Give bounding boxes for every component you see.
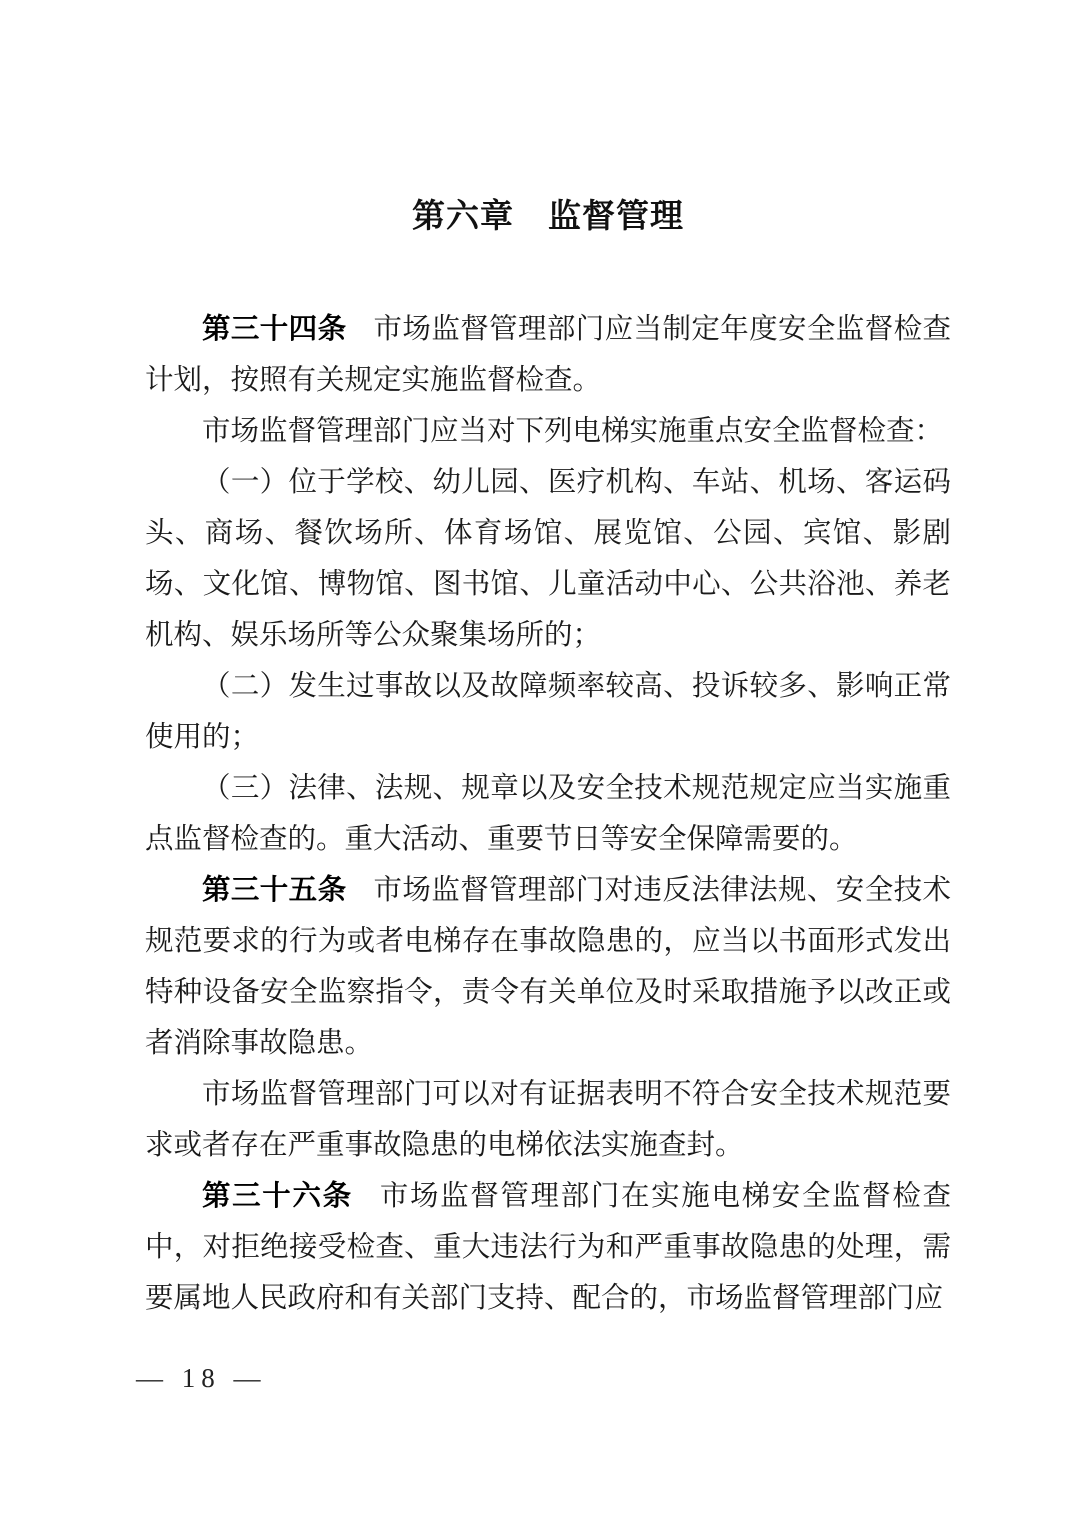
paragraph-article-34: 第三十四条市场监督管理部门应当制定年度安全监督检查计划，按照有关规定实施监督检查… — [145, 304, 951, 406]
paragraph-item-2: （二）发生过事故以及故障频率较高、投诉较多、影响正常使用的； — [145, 661, 951, 763]
seal-up-text: 市场监督管理部门可以对有证据表明不符合安全技术规范要求或者存在严重事故隐患的电梯… — [145, 1079, 951, 1161]
article-35-number: 第三十五条 — [202, 874, 346, 906]
paragraph-article-35: 第三十五条市场监督管理部门对违反法律法规、安全技术规范要求的行为或者电梯存在事故… — [145, 865, 951, 1069]
document-content: 第六章 监督管理 第三十四条市场监督管理部门应当制定年度安全监督检查计划，按照有… — [145, 190, 951, 1324]
paragraph-article-36: 第三十六条市场监督管理部门在实施电梯安全监督检查中，对拒绝接受检查、重大违法行为… — [145, 1171, 951, 1324]
document-page: 第六章 监督管理 第三十四条市场监督管理部门应当制定年度安全监督检查计划，按照有… — [0, 0, 1074, 1520]
item-2-text: （二）发生过事故以及故障频率较高、投诉较多、影响正常使用的； — [145, 671, 951, 753]
key-inspection-intro-text: 市场监督管理部门应当对下列电梯实施重点安全监督检查： — [202, 416, 943, 447]
paragraph-item-1: （一）位于学校、幼儿园、医疗机构、车站、机场、客运码头、商场、餐饮场所、体育场馆… — [145, 457, 951, 661]
paragraph-item-3: （三）法律、法规、规章以及安全技术规范规定应当实施重点监督检查的。重大活动、重要… — [145, 763, 951, 865]
article-36-number: 第三十六条 — [202, 1180, 353, 1212]
paragraph-key-inspection-intro: 市场监督管理部门应当对下列电梯实施重点安全监督检查： — [145, 406, 951, 457]
page-number: — 18 — — [136, 1362, 267, 1394]
chapter-title: 第六章 监督管理 — [145, 190, 951, 241]
item-3-text: （三）法律、法规、规章以及安全技术规范规定应当实施重点监督检查的。重大活动、重要… — [145, 773, 951, 855]
paragraph-seal-up: 市场监督管理部门可以对有证据表明不符合安全技术规范要求或者存在严重事故隐患的电梯… — [145, 1069, 951, 1171]
article-34-number: 第三十四条 — [202, 313, 346, 345]
item-1-text: （一）位于学校、幼儿园、医疗机构、车站、机场、客运码头、商场、餐饮场所、体育场馆… — [145, 467, 951, 651]
